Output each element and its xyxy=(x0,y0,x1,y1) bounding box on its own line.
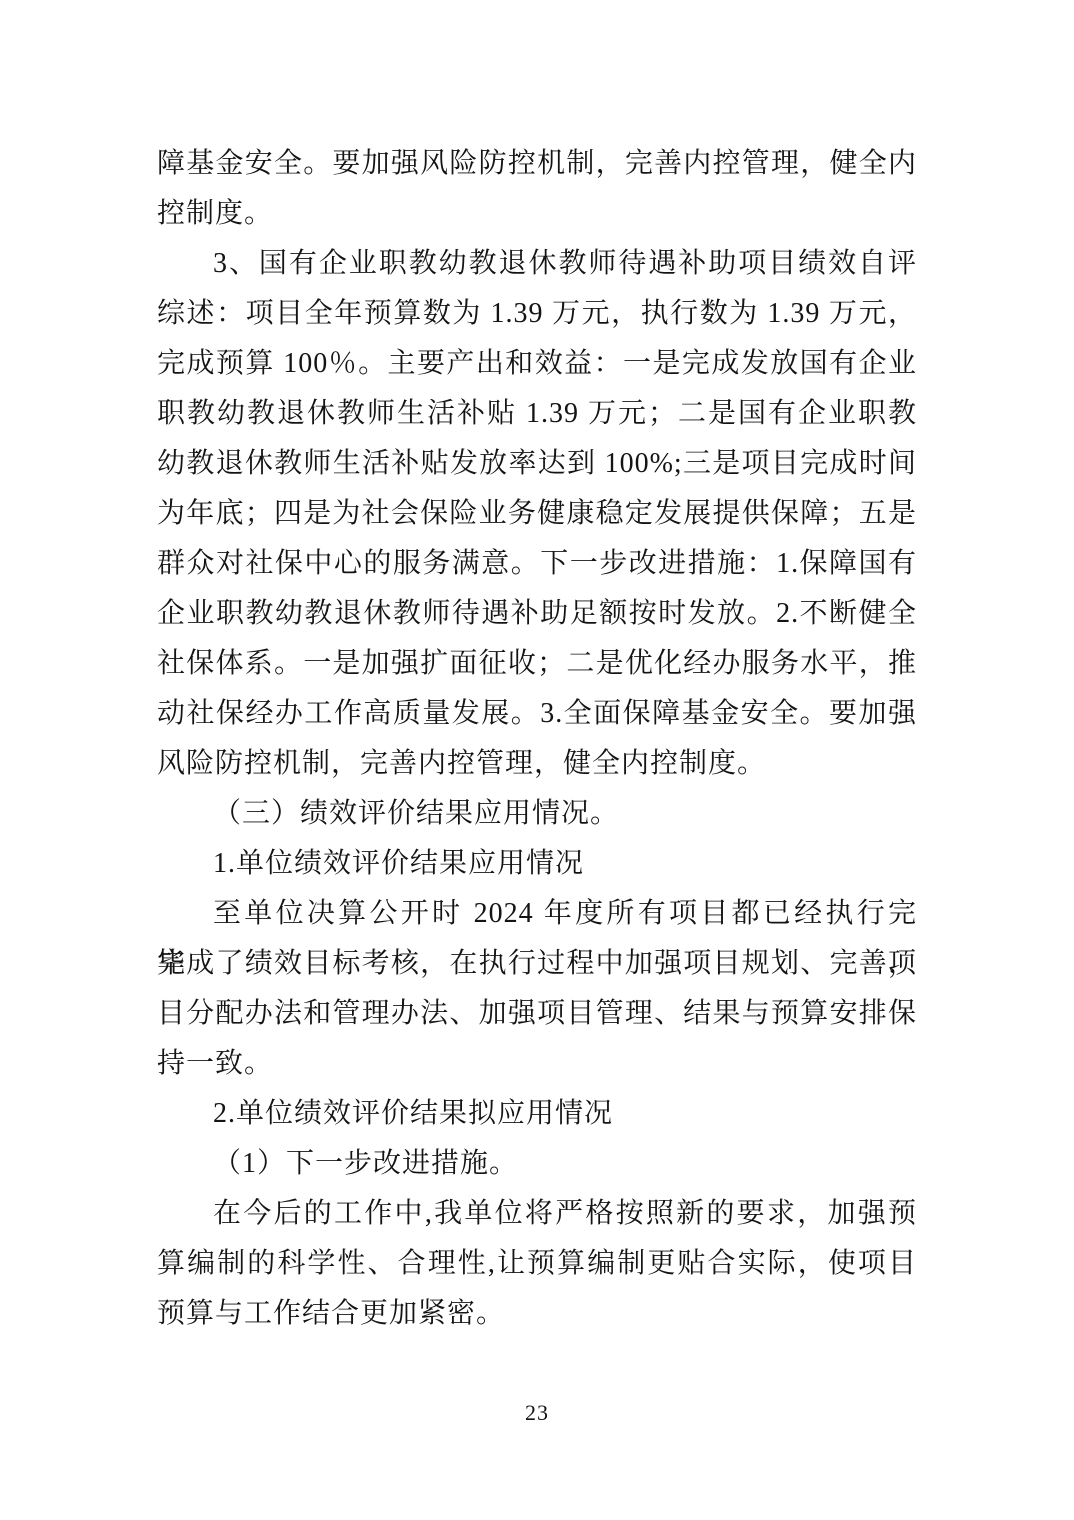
text-line: 群众对社保中心的服务满意。下一步改进措施：1.保障国有 xyxy=(157,539,917,589)
text-line: 综述：项目全年预算数为 1.39 万元，执行数为 1.39 万元， xyxy=(157,289,917,339)
section-heading-line: 2.单位绩效评价结果拟应用情况 xyxy=(157,1089,917,1139)
text-line: 障基金安全。要加强风险防控机制，完善内控管理，健全内 xyxy=(157,139,917,189)
text-line: 目分配办法和管理办法、加强项目管理、结果与预算安排保 xyxy=(157,989,917,1039)
text-line: 动社保经办工作高质量发展。3.全面保障基金安全。要加强 xyxy=(157,689,917,739)
text-line: 完成了绩效目标考核，在执行过程中加强项目规划、完善项 xyxy=(157,939,917,989)
section-heading-line: （1）下一步改进措施。 xyxy=(157,1139,917,1189)
text-line: 风险防控机制，完善内控管理，健全内控制度。 xyxy=(157,739,917,789)
page-number: 23 xyxy=(0,1398,1074,1428)
text-line: 至单位决算公开时 2024 年度所有项目都已经执行完毕， xyxy=(157,889,917,939)
document-page: 障基金安全。要加强风险防控机制，完善内控管理，健全内 控制度。 3、国有企业职教… xyxy=(0,0,1074,1520)
text-line: 在今后的工作中,我单位将严格按照新的要求，加强预 xyxy=(157,1189,917,1239)
text-line: 为年底；四是为社会保险业务健康稳定发展提供保障；五是 xyxy=(157,489,917,539)
text-line: 幼教退休教师生活补贴发放率达到 100%;三是项目完成时间 xyxy=(157,439,917,489)
document-text-block: 障基金安全。要加强风险防控机制，完善内控管理，健全内 控制度。 3、国有企业职教… xyxy=(157,139,917,1339)
text-line: 完成预算 100％。主要产出和效益：一是完成发放国有企业 xyxy=(157,339,917,389)
section-heading-line: 1.单位绩效评价结果应用情况 xyxy=(157,839,917,889)
text-line: 持一致。 xyxy=(157,1039,917,1089)
text-line: 算编制的科学性、合理性,让预算编制更贴合实际，使项目 xyxy=(157,1239,917,1289)
text-line: 职教幼教退休教师生活补贴 1.39 万元；二是国有企业职教 xyxy=(157,389,917,439)
text-line: 企业职教幼教退休教师待遇补助足额按时发放。2.不断健全 xyxy=(157,589,917,639)
text-line: 控制度。 xyxy=(157,189,917,239)
text-line: 预算与工作结合更加紧密。 xyxy=(157,1289,917,1339)
text-line: 3、国有企业职教幼教退休教师待遇补助项目绩效自评 xyxy=(157,239,917,289)
section-heading-line: （三）绩效评价结果应用情况。 xyxy=(157,789,917,839)
text-line: 社保体系。一是加强扩面征收；二是优化经办服务水平，推 xyxy=(157,639,917,689)
